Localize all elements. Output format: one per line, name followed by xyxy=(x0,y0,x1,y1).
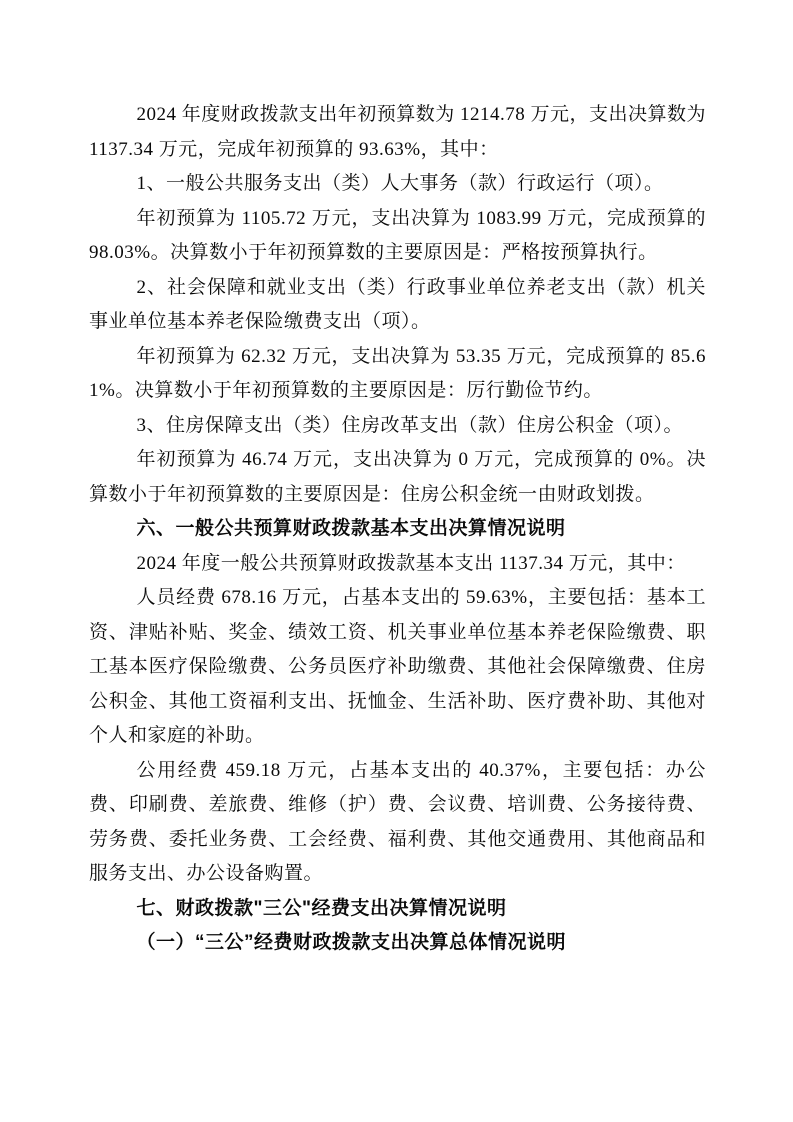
document-content: 2024 年度财政拨款支出年初预算数为 1214.78 万元，支出决算数为 11… xyxy=(89,98,706,961)
section-heading-six: 六、一般公共预算财政拨款基本支出决算情况说明 xyxy=(89,512,706,547)
subsection-heading-one: （一）“三公”经费财政拨款支出决算总体情况说明 xyxy=(89,926,706,961)
paragraph-basic-expenditure-total: 2024 年度一般公共预算财政拨款基本支出 1137.34 万元，其中： xyxy=(89,547,706,582)
paragraph-personnel-funds: 人员经费 678.16 万元，占基本支出的 59.63%，主要包括：基本工资、津… xyxy=(89,581,706,754)
paragraph-item2-budget-detail: 年初预算为 62.32 万元，支出决算为 53.35 万元，完成预算的 85.6… xyxy=(89,340,706,409)
paragraph-fiscal-appropriation-overview: 2024 年度财政拨款支出年初预算数为 1214.78 万元，支出决算数为 11… xyxy=(89,98,706,167)
section-heading-seven: 七、财政拨款"三公"经费支出决算情况说明 xyxy=(89,892,706,927)
paragraph-item1-budget-detail: 年初预算为 1105.72 万元，支出决算为 1083.99 万元，完成预算的 … xyxy=(89,202,706,271)
paragraph-item3-budget-detail: 年初预算为 46.74 万元，支出决算为 0 万元，完成预算的 0%。决算数小于… xyxy=(89,443,706,512)
paragraph-public-funds: 公用经费 459.18 万元，占基本支出的 40.37%，主要包括：办公费、印刷… xyxy=(89,754,706,892)
document-page: 2024 年度财政拨款支出年初预算数为 1214.78 万元，支出决算数为 11… xyxy=(0,0,793,1122)
paragraph-item3-housing-security: 3、住房保障支出（类）住房改革支出（款）住房公积金（项）。 xyxy=(89,409,706,444)
paragraph-item2-social-security: 2、社会保障和就业支出（类）行政事业单位养老支出（款）机关事业单位基本养老保险缴… xyxy=(89,271,706,340)
paragraph-item1-general-public-services: 1、一般公共服务支出（类）人大事务（款）行政运行（项）。 xyxy=(89,167,706,202)
